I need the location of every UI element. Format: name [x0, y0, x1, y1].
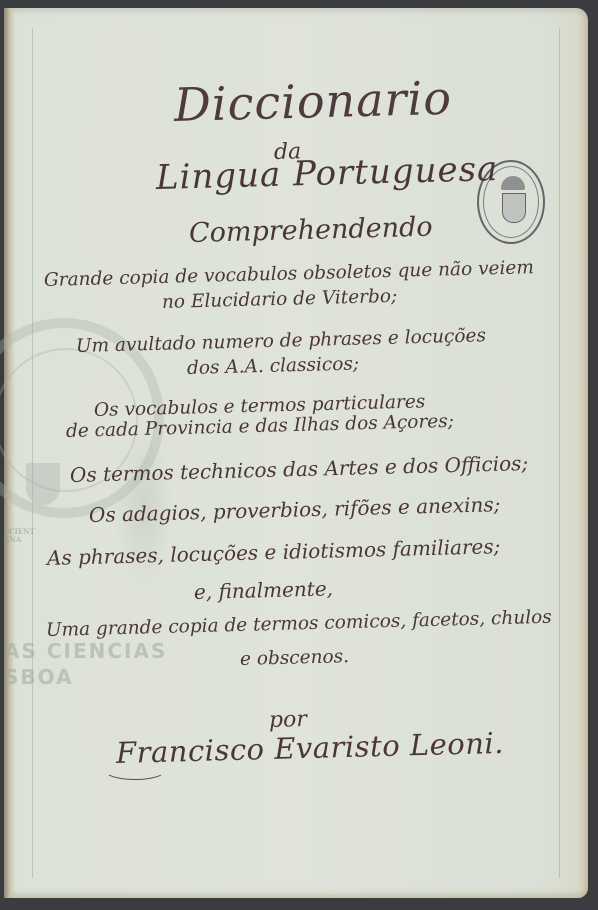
by-label: por: [269, 707, 308, 733]
intro-heading: Comprehendendo: [189, 212, 433, 249]
page-subtitle: Lingua Portuguesa: [155, 149, 498, 198]
content-line: Um avultado numero de phrases e locuções: [76, 325, 486, 357]
watermark-shield-icon: [26, 463, 60, 505]
watermark-small-text: SCIENT ANA: [4, 528, 35, 544]
page-title: Diccionario: [173, 71, 452, 132]
author-flourish: [104, 760, 166, 780]
watermark-text: AS CIENCIAS SBOA: [4, 638, 167, 690]
crown-icon: [501, 176, 525, 190]
content-line: Grande copia de vocabulos obsoletos que …: [44, 257, 534, 291]
author-name: Francisco Evaristo Leoni.: [116, 726, 505, 770]
right-margin-line: [559, 28, 560, 878]
manuscript-page: SCIENT ANA AS CIENCIAS SBOA BIBLIOTHECA …: [4, 8, 588, 898]
content-line: e obscenos.: [240, 646, 350, 670]
content-line: e, finalmente,: [194, 576, 334, 604]
royal-coat-of-arms-icon: [502, 193, 526, 223]
content-line: Uma grande copia de termos comicos, face…: [46, 607, 552, 641]
content-line: no Elucidario de Viterbo;: [162, 286, 398, 313]
content-line: dos A.A. classicos;: [187, 353, 360, 378]
